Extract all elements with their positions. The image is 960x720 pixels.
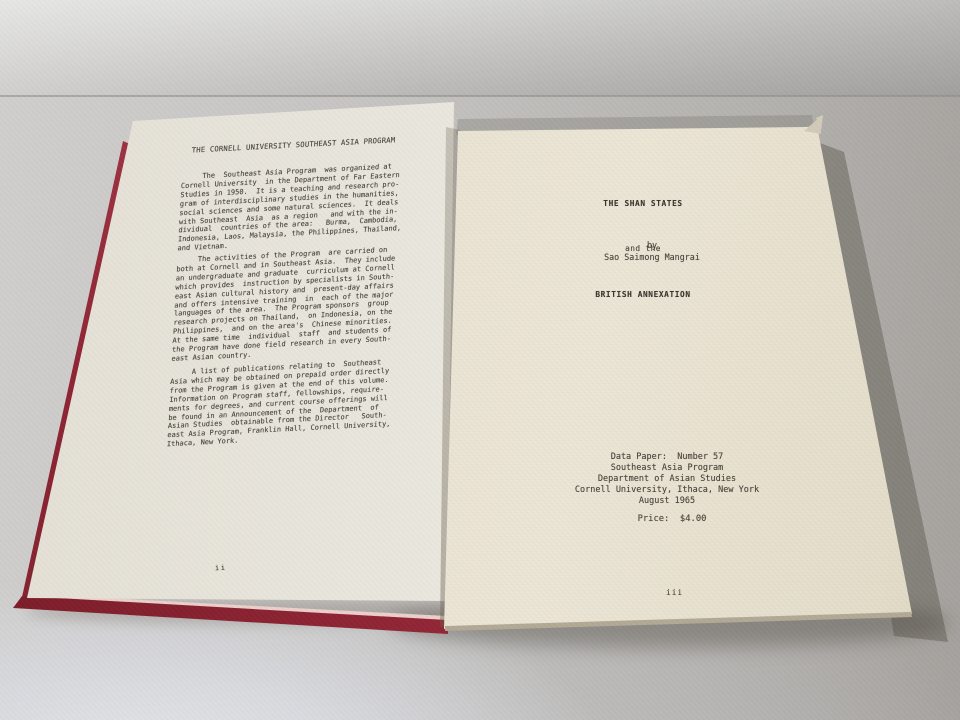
photo-scene: THE CORNELL UNIVERSITY SOUTHEAST ASIA PR… — [0, 0, 960, 720]
imprint-line-3: Department of Asian Studies — [546, 474, 788, 485]
imprint-line-1: Data Paper: Number 57 — [546, 452, 788, 463]
left-page-paragraph-1: The Southeast Asia Program was organized… — [177, 162, 404, 254]
wall-seam-line — [0, 95, 960, 97]
imprint-line-2: Southeast Asia Program — [546, 463, 788, 474]
left-page-paragraph-2: The activities of the Program are carrie… — [171, 245, 396, 363]
left-page-number: ii — [215, 564, 227, 573]
byline-author: Sao Saimong Mangrai — [552, 252, 752, 264]
title-line-1: THE SHAN STATES — [558, 196, 728, 211]
imprint-line-5: August 1965 — [546, 496, 788, 507]
imprint-line-4: Cornell University, Ithaca, New York — [546, 485, 788, 496]
left-page-text: THE CORNELL UNIVERSITY SOUTHEAST ASIA PR… — [166, 135, 419, 468]
left-page-paragraph-3: A list of publications relating to South… — [167, 358, 394, 450]
byline-by: by — [552, 240, 752, 252]
byline-block: by Sao Saimong Mangrai — [552, 240, 752, 264]
background-wall — [0, 0, 960, 96]
right-page-number: iii — [666, 588, 683, 597]
price-line: Price: $4.00 — [552, 514, 792, 524]
imprint-block: Data Paper: Number 57 Southeast Asia Pro… — [546, 452, 788, 507]
title-line-3: BRITISH ANNEXATION — [558, 287, 728, 302]
